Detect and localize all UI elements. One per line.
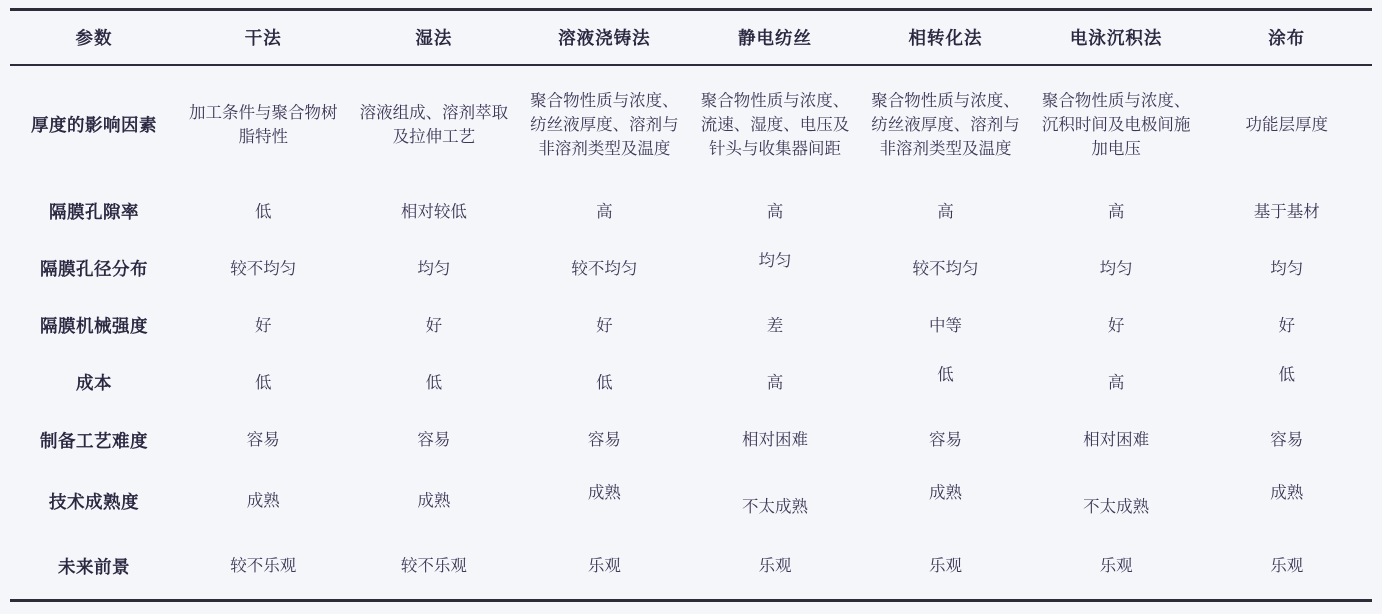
table-cell: 好 — [519, 297, 690, 354]
table-cell: 乐观 — [690, 533, 861, 599]
table-cell: 成熟 — [860, 469, 1031, 533]
table-cell: 较不均匀 — [178, 240, 349, 297]
row-label: 隔膜孔径分布 — [10, 240, 178, 297]
table-cell: 相对较低 — [349, 183, 520, 240]
table-cell: 高 — [690, 183, 861, 240]
table-row: 隔膜机械强度好好好差中等好好 — [10, 297, 1372, 354]
table-cell: 聚合物性质与浓度、纺丝液厚度、溶剂与非溶剂类型及温度 — [860, 65, 1031, 183]
table-cell: 均匀 — [1201, 240, 1372, 297]
table-cell: 容易 — [1201, 411, 1372, 469]
header-row: 参数干法湿法溶液浇铸法静电纺丝相转化法电泳沉积法涂布 — [10, 11, 1372, 65]
row-label: 制备工艺难度 — [10, 411, 178, 469]
table-cell: 好 — [1201, 297, 1372, 354]
table-cell: 低 — [349, 354, 520, 411]
row-label: 隔膜机械强度 — [10, 297, 178, 354]
table-row: 制备工艺难度容易容易容易相对困难容易相对困难容易 — [10, 411, 1372, 469]
column-header-6: 电泳沉积法 — [1031, 11, 1202, 65]
table-cell: 均匀 — [349, 240, 520, 297]
table-cell: 乐观 — [519, 533, 690, 599]
column-header-7: 涂布 — [1201, 11, 1372, 65]
table-cell: 乐观 — [860, 533, 1031, 599]
table-cell: 低 — [1201, 354, 1372, 411]
table-cell: 好 — [178, 297, 349, 354]
table-cell: 容易 — [519, 411, 690, 469]
table-cell: 较不乐观 — [349, 533, 520, 599]
column-header-4: 静电纺丝 — [690, 11, 861, 65]
table-cell: 中等 — [860, 297, 1031, 354]
table-cell: 均匀 — [690, 240, 861, 297]
table-body: 厚度的影响因素加工条件与聚合物树脂特性溶液组成、溶剂萃取及拉伸工艺聚合物性质与浓… — [10, 65, 1372, 599]
column-header-0: 参数 — [10, 11, 178, 65]
column-header-1: 干法 — [178, 11, 349, 65]
table-cell: 低 — [519, 354, 690, 411]
table-cell: 成熟 — [349, 469, 520, 533]
table-cell: 较不乐观 — [178, 533, 349, 599]
table-cell: 高 — [690, 354, 861, 411]
table-cell: 成熟 — [178, 469, 349, 533]
table-cell: 成熟 — [519, 469, 690, 533]
table-cell: 较不均匀 — [860, 240, 1031, 297]
table-row: 隔膜孔径分布较不均匀均匀较不均匀均匀较不均匀均匀均匀 — [10, 240, 1372, 297]
table-cell: 容易 — [178, 411, 349, 469]
table-cell: 容易 — [349, 411, 520, 469]
comparison-table-wrapper: 参数干法湿法溶液浇铸法静电纺丝相转化法电泳沉积法涂布 厚度的影响因素加工条件与聚… — [10, 8, 1372, 602]
column-header-2: 湿法 — [349, 11, 520, 65]
table-row: 隔膜孔隙率低相对较低高高高高基于基材 — [10, 183, 1372, 240]
table-row: 技术成熟度成熟成熟成熟不太成熟成熟不太成熟成熟 — [10, 469, 1372, 533]
table-cell: 均匀 — [1031, 240, 1202, 297]
column-header-3: 溶液浇铸法 — [519, 11, 690, 65]
row-label: 未来前景 — [10, 533, 178, 599]
table-cell: 聚合物性质与浓度、纺丝液厚度、溶剂与非溶剂类型及温度 — [519, 65, 690, 183]
table-row: 成本低低低高低高低 — [10, 354, 1372, 411]
table-cell: 高 — [519, 183, 690, 240]
row-label: 厚度的影响因素 — [10, 65, 178, 183]
membrane-methods-comparison-table: 参数干法湿法溶液浇铸法静电纺丝相转化法电泳沉积法涂布 厚度的影响因素加工条件与聚… — [10, 11, 1372, 599]
table-cell: 不太成熟 — [1031, 469, 1202, 533]
table-header: 参数干法湿法溶液浇铸法静电纺丝相转化法电泳沉积法涂布 — [10, 11, 1372, 65]
table-cell: 低 — [178, 183, 349, 240]
table-cell: 相对困难 — [1031, 411, 1202, 469]
table-cell: 差 — [690, 297, 861, 354]
table-cell: 低 — [178, 354, 349, 411]
table-cell: 聚合物性质与浓度、沉积时间及电极间施加电压 — [1031, 65, 1202, 183]
table-cell: 功能层厚度 — [1201, 65, 1372, 183]
table-row: 厚度的影响因素加工条件与聚合物树脂特性溶液组成、溶剂萃取及拉伸工艺聚合物性质与浓… — [10, 65, 1372, 183]
column-header-5: 相转化法 — [860, 11, 1031, 65]
table-cell: 低 — [860, 354, 1031, 411]
row-label: 成本 — [10, 354, 178, 411]
row-label: 隔膜孔隙率 — [10, 183, 178, 240]
table-row: 未来前景较不乐观较不乐观乐观乐观乐观乐观乐观 — [10, 533, 1372, 599]
table-cell: 较不均匀 — [519, 240, 690, 297]
table-cell: 乐观 — [1031, 533, 1202, 599]
table-cell: 高 — [1031, 354, 1202, 411]
table-cell: 聚合物性质与浓度、流速、湿度、电压及针头与收集器间距 — [690, 65, 861, 183]
table-cell: 加工条件与聚合物树脂特性 — [178, 65, 349, 183]
table-cell: 容易 — [860, 411, 1031, 469]
table-cell: 高 — [1031, 183, 1202, 240]
table-cell: 好 — [349, 297, 520, 354]
table-cell: 基于基材 — [1201, 183, 1372, 240]
table-cell: 不太成熟 — [690, 469, 861, 533]
table-cell: 好 — [1031, 297, 1202, 354]
table-cell: 乐观 — [1201, 533, 1372, 599]
table-cell: 相对困难 — [690, 411, 861, 469]
row-label: 技术成熟度 — [10, 469, 178, 533]
table-cell: 溶液组成、溶剂萃取及拉伸工艺 — [349, 65, 520, 183]
table-cell: 高 — [860, 183, 1031, 240]
table-cell: 成熟 — [1201, 469, 1372, 533]
